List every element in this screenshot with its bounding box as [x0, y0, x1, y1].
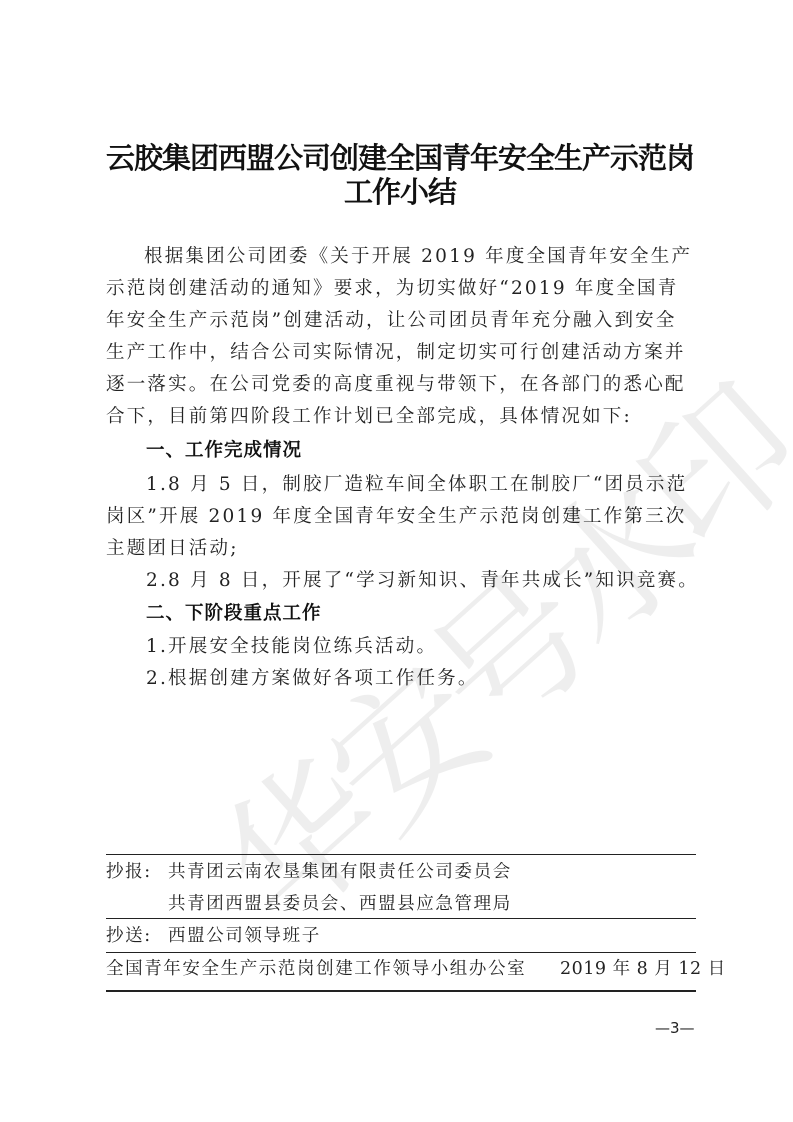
section2-item: 1.开展安全技能岗位练兵活动。 [146, 634, 738, 660]
section1-item1-line: 主题团日活动; [106, 536, 698, 562]
document-title-line2: 工作小结 [100, 174, 700, 210]
intro-line: 合下，目前第四阶段工作计划已全部完成，具体情况如下: [106, 404, 698, 430]
section2-item: 2.根据创建方案做好各项工作任务。 [146, 666, 738, 692]
footer-rule [106, 952, 696, 953]
copy-recipient: 西盟公司领导班子 [168, 924, 321, 948]
section1-item2: 2.8 月 8 日，开展了“学习新知识、青年共成长”知识竞赛。 [146, 568, 738, 594]
intro-line: 年安全生产示范岗”创建活动，让公司团员青年充分融入到安全 [106, 308, 698, 334]
issuer: 全国青年安全生产示范岗创建工作领导小组办公室 [106, 957, 526, 981]
section1-item1-line: 岗区”开展 2019 年度全国青年安全生产示范岗创建工作第三次 [106, 504, 698, 530]
intro-line: 根据集团公司团委《关于开展 2019 年度全国青年安全生产 [106, 244, 698, 270]
footer-rule-top [106, 854, 696, 855]
report-recipient: 共青团云南农垦集团有限责任公司委员会 [168, 860, 512, 884]
footer-rule-bottom [106, 990, 696, 992]
intro-line: 生产工作中，结合公司实际情况，制定切实可行创建活动方案并 [106, 340, 698, 366]
intro-line: 逐一落实。在公司党委的高度重视与带领下，在各部门的悉心配 [106, 372, 698, 398]
section1-item1-line: 1.8 月 5 日，制胶厂造粒车间全体职工在制胶厂“团员示范 [146, 472, 738, 498]
issue-date: 2019 年 8 月 12 日 [560, 957, 726, 981]
copy-label: 抄送: [106, 924, 152, 948]
page-number: —3— [655, 1019, 695, 1037]
section1-heading: 一、工作完成情况 [146, 438, 738, 464]
document-page: 华安号水印 云胶集团西盟公司创建全国青年安全生产示范岗 工作小结 根据集团公司团… [0, 0, 793, 1122]
report-recipient: 共青团西盟县委员会、西盟县应急管理局 [168, 892, 512, 916]
document-title-line1: 云胶集团西盟公司创建全国青年安全生产示范岗 [100, 140, 700, 176]
intro-line: 示范岗创建活动的通知》要求，为切实做好“2019 年度全国青 [106, 276, 698, 302]
section2-heading: 二、下阶段重点工作 [146, 601, 738, 627]
report-label: 抄报: [106, 860, 152, 884]
footer-rule [106, 918, 696, 919]
